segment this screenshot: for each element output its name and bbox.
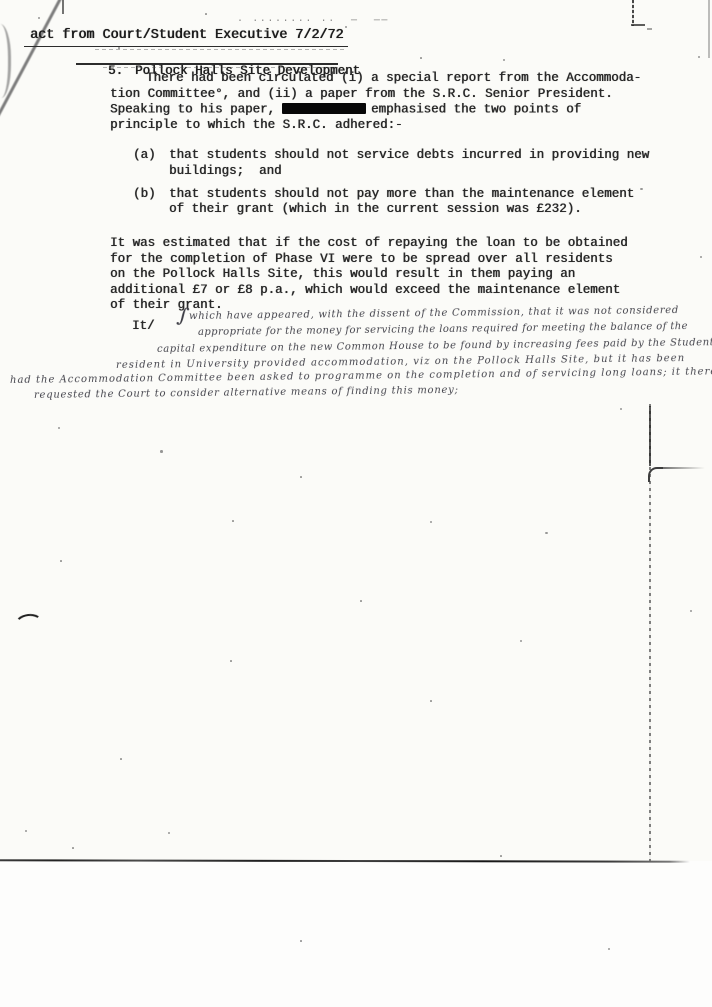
scanner-background (0, 861, 712, 1007)
handwritten-annotation-line-3: capital expenditure on the new Common Ho… (157, 337, 712, 355)
redaction-bar (282, 103, 366, 114)
body-line: additional £7 or £8 p.a., which would ex… (110, 283, 628, 299)
dust-speck (430, 700, 432, 702)
underlying-page-corner (648, 467, 663, 482)
registration-mark-vertical (632, 0, 634, 26)
body-line: tion Committee°, and (ii) a paper from t… (110, 87, 641, 103)
page-fold-shadow (0, 24, 11, 98)
body-line: buildings; and (169, 164, 649, 180)
underlying-page-edge-fade (659, 467, 705, 469)
dust-speck (520, 640, 522, 642)
binder-seam-dark-segment (649, 406, 651, 466)
handwritten-annotation-line-6: requested the Court to consider alternat… (34, 384, 459, 400)
body-line: on the Pollock Halls Site, this would re… (110, 267, 628, 283)
dust-speck (168, 832, 170, 834)
registration-tick (62, 0, 64, 14)
dust-speck (232, 520, 234, 522)
dust-speck (430, 521, 432, 523)
pen-arc-mark (14, 613, 44, 636)
body-line: that students should not pay more than t… (169, 187, 634, 203)
dust-speck (620, 408, 622, 410)
registration-mark-dot (647, 28, 652, 30)
dust-speck (690, 610, 692, 612)
dust-speck (118, 47, 120, 49)
overstrike-marks: · ········ ·· ─ ── (237, 16, 389, 27)
body-line: of their grant (which in the current ses… (169, 202, 634, 218)
item-text: that students should not service debts i… (169, 148, 649, 179)
dust-speck (503, 59, 505, 61)
dust-speck (545, 532, 548, 534)
document-header: act from Court/Student Executive 7/2/72 (30, 28, 343, 43)
body-line: It was estimated that if the cost of rep… (110, 236, 628, 252)
list-item-a: (a) that students should not service deb… (133, 148, 649, 179)
dust-speck (160, 450, 163, 453)
dust-speck (38, 17, 40, 19)
right-edge-line (708, 0, 710, 58)
body-line: There had been circulated (i) a special … (110, 71, 641, 87)
catchword: It/ (132, 319, 155, 335)
dust-speck (420, 57, 422, 59)
body-line: for the completion of Phase VI were to b… (110, 252, 628, 268)
header-underline (24, 46, 348, 48)
section-underline (76, 63, 338, 65)
dust-speck (60, 560, 62, 562)
body-line: principle to which the S.R.C. adhered:- (110, 118, 641, 134)
body-line-segment: emphasised the two points of (371, 103, 581, 117)
item-label: (b) (133, 187, 169, 218)
body-line-segment: Speaking to his paper, (110, 103, 275, 117)
body-line: Speaking to his paper,emphasised the two… (110, 102, 641, 118)
item-label: (a) (133, 148, 169, 179)
item-text: that students should not pay more than t… (169, 187, 634, 218)
dust-speck (25, 830, 27, 832)
scanned-document-page: · ········ ·· ─ ── act from Court/Studen… (0, 0, 712, 1007)
dust-speck (500, 855, 502, 857)
list-item-b: (b) that students should not pay more th… (133, 187, 634, 218)
dust-speck (300, 476, 302, 478)
section-underline-ghost (103, 67, 338, 68)
dust-speck (300, 940, 302, 942)
handwritten-annotation-line-2: appropriate for the money for servicing … (198, 321, 688, 338)
registration-mark-foot (631, 24, 645, 26)
paragraph-2: It was estimated that if the cost of rep… (110, 236, 628, 314)
dust-speck (230, 660, 232, 662)
dust-speck (72, 847, 74, 849)
dust-speck (205, 13, 207, 15)
dust-speck (608, 948, 610, 950)
body-line: that students should not service debts i… (169, 148, 649, 164)
dust-speck (360, 600, 362, 602)
dust-speck (120, 758, 122, 760)
dust-speck (640, 188, 643, 190)
dust-speck (345, 26, 347, 28)
dust-speck (698, 56, 700, 58)
dust-speck (58, 427, 60, 429)
paragraph-1: There had been circulated (i) a special … (110, 71, 641, 134)
dust-speck (700, 256, 702, 258)
